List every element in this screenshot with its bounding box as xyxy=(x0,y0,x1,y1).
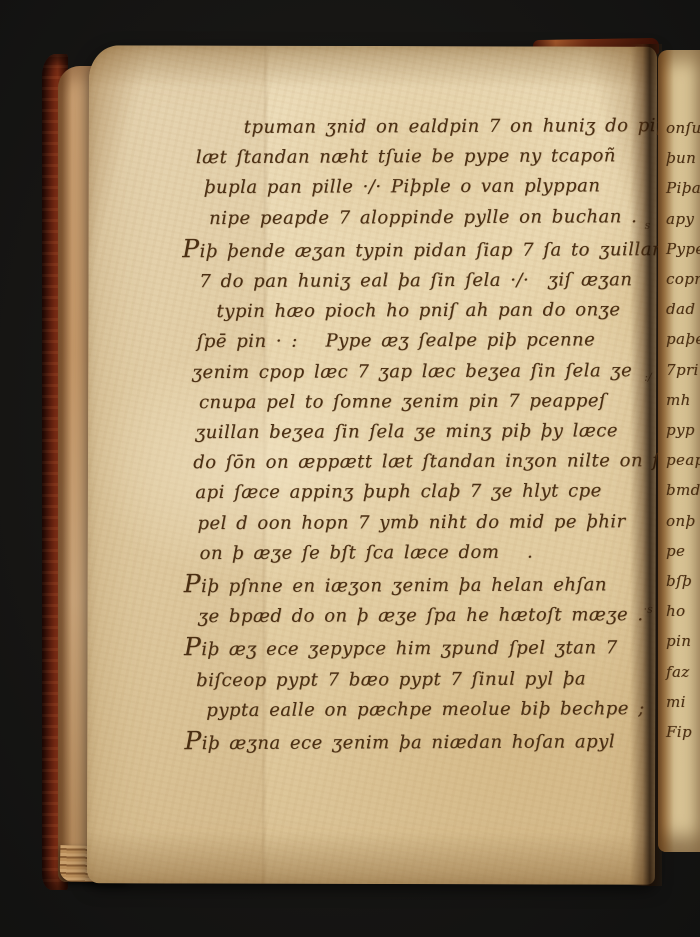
manuscript-text-line: do ſōn on æppætt læt ſtandan inʒon nilte… xyxy=(193,446,663,478)
photo-background: tpuman ʒnid on ealdpin 7 on huniʒ do pip… xyxy=(0,0,700,937)
manuscript-text-line: ſpē pin · : Pype æʒ ſealpe piþ pcenne xyxy=(197,326,663,358)
facing-page-text-fragment: pe xyxy=(666,536,700,566)
manuscript-text-line: Piþ æʒna ece ʒenim þa niædan hoſan apyl xyxy=(184,724,664,759)
manuscript-text-line: ʒe bpæd do on þ æʒe ſpa he hætoſt mæʒe . xyxy=(198,600,664,632)
manuscript-text-line: Piþ þende æʒan typin pidan ſiap 7 ſa to … xyxy=(182,232,662,267)
manuscript-text-line: cnupa pel to ſomne ʒenim pin 7 peappeſ xyxy=(199,386,663,418)
facing-page-text-fragment: copn xyxy=(666,264,700,294)
facing-page-text-fragment: mh xyxy=(666,385,700,415)
facing-page-text-fragment: þun xyxy=(666,143,700,173)
facing-page-text-fragment: pin xyxy=(666,626,700,656)
manuscript-text-line: 7 do pan huniʒ eal þa ſin ſela ·/· ʒiſ æ… xyxy=(199,265,662,297)
facing-page-text-fragment: paþe xyxy=(666,324,700,354)
facing-page-text-fragment: faz xyxy=(666,657,700,687)
facing-page-text-fragment: Pype xyxy=(666,234,700,264)
manuscript-text-line: nipe peapde 7 aloppinde pylle on buchan … xyxy=(209,202,662,234)
facing-page-text-fragment: Piþa xyxy=(666,173,700,203)
manuscript-text-line: tpuman ʒnid on ealdpin 7 on huniʒ do pip… xyxy=(244,111,662,143)
manuscript-text-line: typin hæo pioch ho pniſ ah pan do onʒe xyxy=(216,295,662,327)
facing-page-text-fragment: mi xyxy=(666,687,700,717)
manuscript-text-line: pel d oon hopn 7 ymb niht do mid pe þhir xyxy=(197,507,663,539)
facing-page-sliver: onſuþunPiþaapyPypecopndadpaþe7primhpyppe… xyxy=(658,50,700,852)
facing-page-text-fragment: peap xyxy=(666,445,700,475)
manuscript-text-line: ʒenim cpop læc 7 ʒap læc beʒea ſin ſela … xyxy=(192,356,663,388)
facing-page-text-fragment: dad xyxy=(666,294,700,324)
facing-page-text-fragment: bmd xyxy=(666,475,700,505)
manuscript-text-line: pypta ealle on pæchpe meolue biþ bechpe … xyxy=(206,694,664,726)
manuscript-text-line: ʒuillan beʒea ſin ſela ʒe minʒ piþ þy læ… xyxy=(195,416,663,448)
manuscript-text-block: tpuman ʒnid on ealdpin 7 on huniʒ do pip… xyxy=(182,111,665,759)
manuscript-text-line: Piþ æʒ ece ʒepypce him ʒpund ſpel ʒtan 7 xyxy=(184,631,664,666)
facing-page-text-fragment: ho xyxy=(666,596,700,626)
facing-page-text-fragment: bſþ xyxy=(666,566,700,596)
facing-page-text-fragment: onſu xyxy=(666,113,700,143)
facing-page-text-fragment: 7pri xyxy=(666,355,700,385)
facing-page-text-fragment: Fip xyxy=(666,717,700,747)
manuscript-text-line: biſceop pypt 7 bæo pypt 7 ſinul pyl þa xyxy=(196,664,664,696)
facing-page-text-fragment: apy xyxy=(666,204,700,234)
manuscript-page: tpuman ʒnid on ealdpin 7 on huniʒ do pip… xyxy=(87,45,657,884)
facing-page-text-fragment: onþ xyxy=(666,506,700,536)
facing-page-text: onſuþunPiþaapyPypecopndadpaþe7primhpyppe… xyxy=(666,113,700,747)
manuscript-text-line: on þ æʒe ſe bſt ſca læce dom . xyxy=(200,537,664,569)
facing-page-text-fragment: pyp xyxy=(666,415,700,445)
manuscript-text-line: api ſæce appinʒ þuph claþ 7 ʒe hlyt cpe xyxy=(195,477,663,509)
manuscript-text-line: þupla pan pille ·/· Piþple o van plyppan xyxy=(204,171,662,203)
manuscript-text-line: læt ſtandan næht tſuie be pype ny tcapoñ xyxy=(196,141,662,173)
manuscript-text-line: Piþ pſnne en iæʒon ʒenim þa helan ehſan xyxy=(184,567,664,602)
